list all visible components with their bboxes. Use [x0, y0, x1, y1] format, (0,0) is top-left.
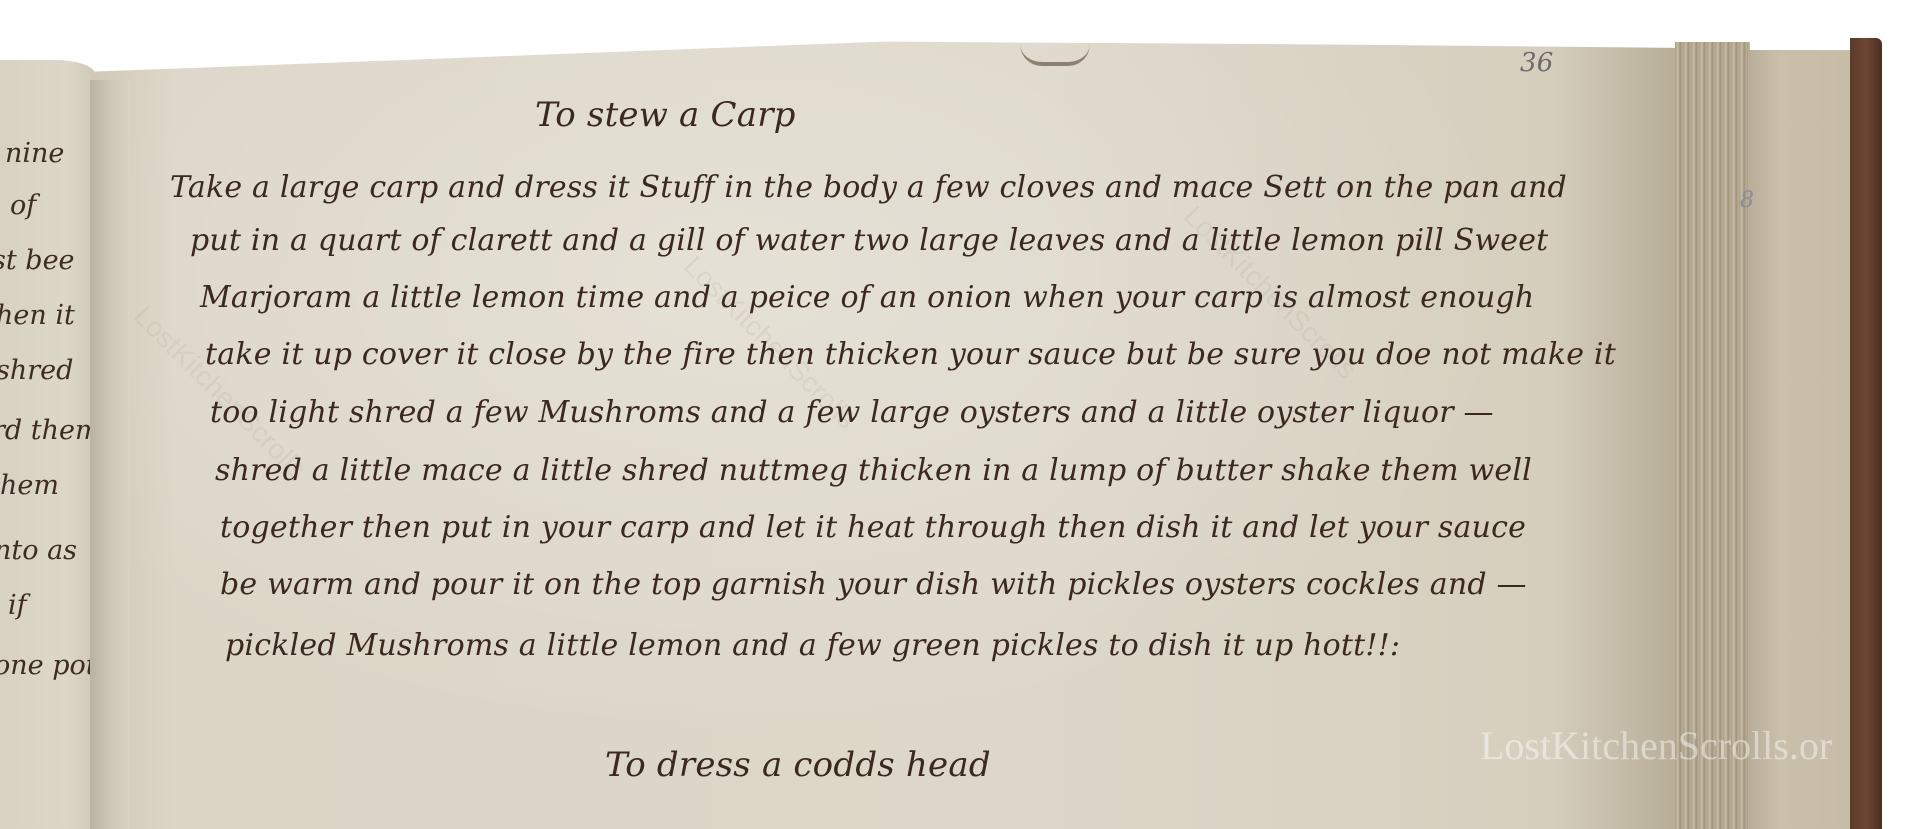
recipe-line: take it up cover it close by the fire th… [205, 337, 1616, 372]
endpaper [1748, 50, 1853, 829]
left-fragment: of [10, 190, 36, 221]
left-page: nine of st bee hen it shred rd them hem … [0, 60, 95, 829]
book-cover-edge [1850, 38, 1882, 829]
ink-flourish-mark [1020, 44, 1090, 66]
recipe-line: Marjoram a little lemon time and a peice… [200, 280, 1534, 315]
left-fragment: st bee [0, 245, 75, 276]
next-recipe-title: To dress a codds head [605, 745, 991, 785]
site-watermark: LostKitchenScrolls.or [1480, 722, 1832, 769]
right-page [95, 40, 1675, 829]
recipe-line: too light shred a few Mushroms and a few… [210, 395, 1494, 430]
left-fragment: if [8, 590, 27, 621]
left-fragment: hem [0, 470, 59, 501]
pencil-mark: 8 [1740, 188, 1754, 213]
page-number: 36 [1520, 48, 1553, 78]
left-fragment: hen it [0, 300, 75, 331]
left-fragment: shred [0, 355, 73, 386]
left-fragment: nine [5, 138, 64, 169]
recipe-line: be warm and pour it on the top garnish y… [220, 567, 1527, 602]
recipe-line: pickled Mushroms a little lemon and a fe… [225, 628, 1400, 663]
recipe-title: To stew a Carp [535, 95, 796, 135]
book-gutter [90, 80, 130, 829]
page-edges [1675, 42, 1750, 829]
left-fragment: rd them [0, 415, 101, 446]
recipe-line: together then put in your carp and let i… [220, 510, 1526, 545]
left-fragment: nto as [0, 535, 77, 566]
recipe-line: Take a large carp and dress it Stuff in … [170, 170, 1567, 205]
recipe-line: put in a quart of clarett and a gill of … [190, 223, 1548, 258]
recipe-line: shred a little mace a little shred nuttm… [215, 453, 1532, 488]
left-fragment: one pot [0, 650, 97, 681]
